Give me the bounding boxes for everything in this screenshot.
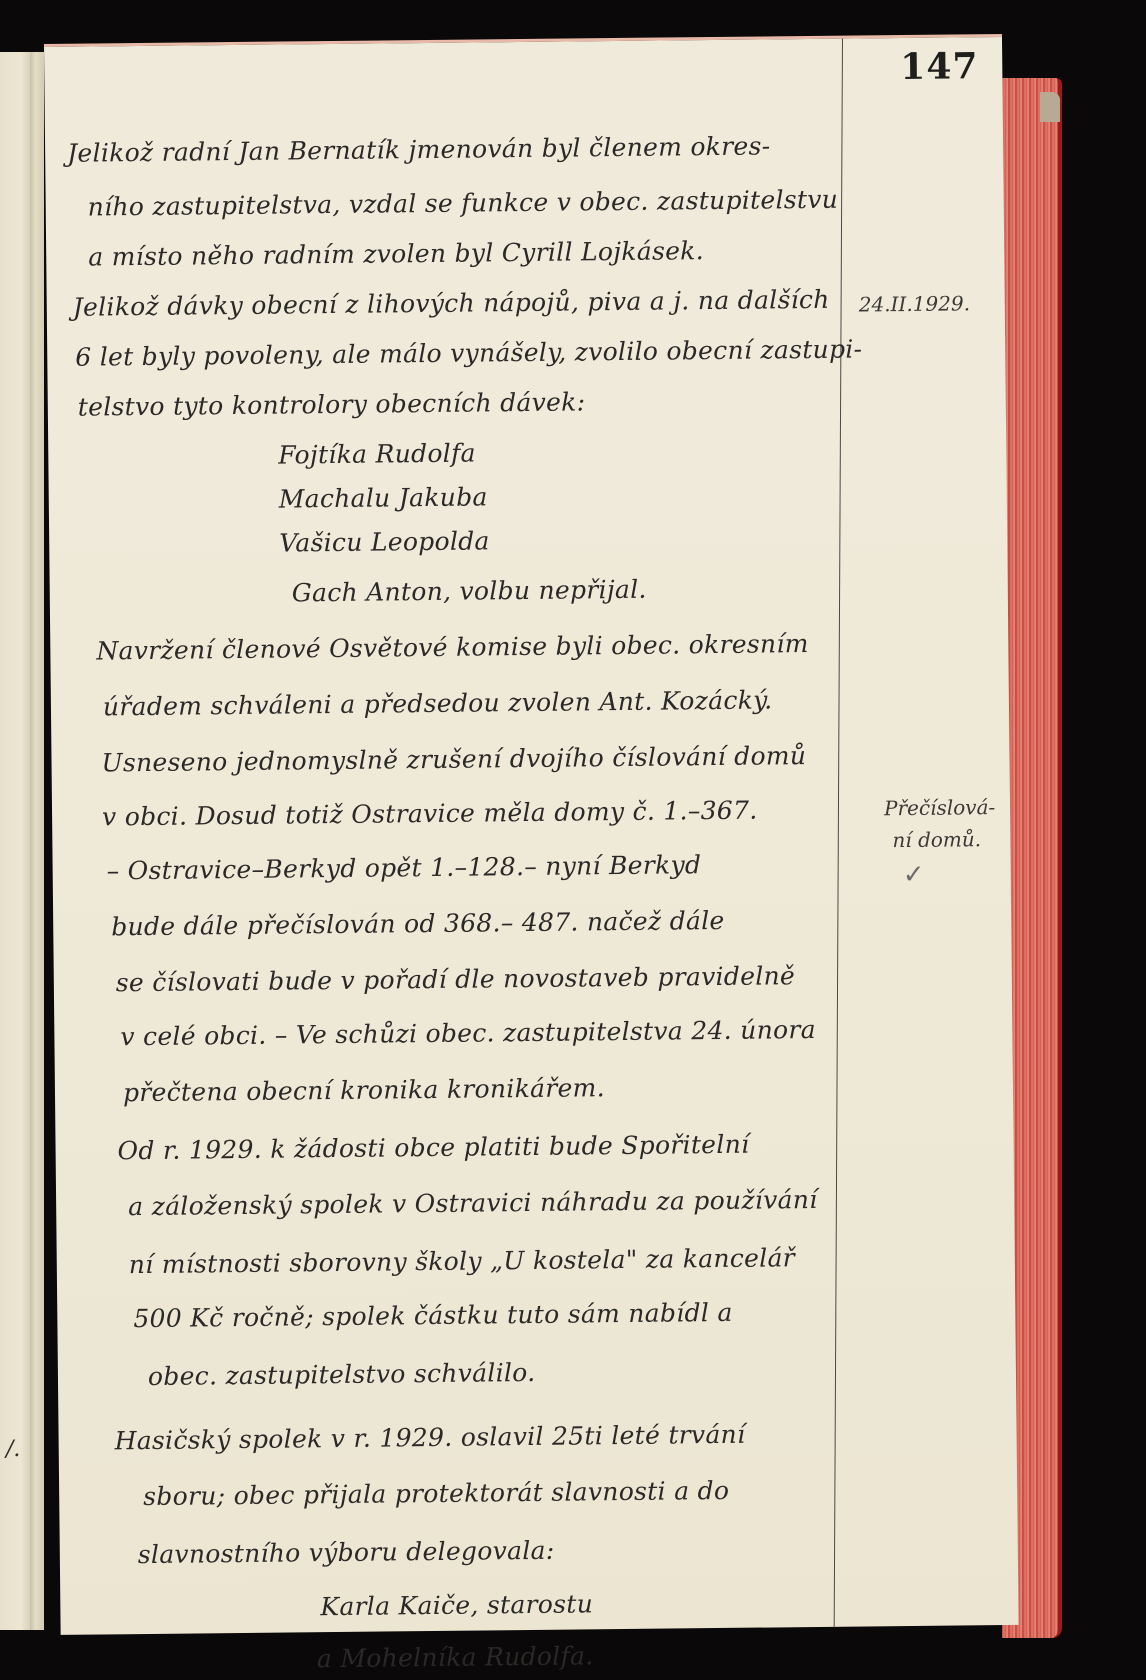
text-line: Jelikož dávky obecní z lihových nápojů, …: [73, 285, 830, 322]
page-corner-stack: [1040, 92, 1060, 122]
text-line: v celé obci. – Ve schůzi obec. zastupite…: [120, 1015, 816, 1051]
text-line: úřadem schváleni a předsedou zvolen Ant.…: [103, 685, 773, 721]
text-line: obec. zastupitelstvo schválilo.: [148, 1358, 536, 1391]
list-item-name: Machalu Jakuba: [279, 482, 488, 513]
text-line: v obci. Dosud totiž Ostravice měla domy …: [102, 796, 758, 832]
text-line: 500 Kč ročně; spolek částku tuto sám nab…: [133, 1298, 733, 1333]
text-line: – Ostravice–Berkyd opět 1.–128.– nyní Be…: [107, 850, 702, 885]
text-line: a záloženský spolek v Ostravici náhradu …: [128, 1185, 818, 1221]
text-line: slavnostního výboru delegovala:: [138, 1536, 555, 1569]
text-line: 6 let byly povoleny, ale málo vynášely, …: [75, 334, 862, 371]
list-item-name: Vašicu Leopolda: [279, 526, 490, 557]
text-line: ního zastupitelstva, vzdal se funkce v o…: [88, 185, 839, 222]
page-number: 147: [900, 45, 979, 88]
text-line: Navržení členové Osvětové komise byli ob…: [96, 629, 809, 665]
book-gutter: [30, 52, 44, 1630]
text-line: a místo něho radním zvolen byl Cyrill Lo…: [88, 236, 704, 271]
text-line: Hasičský spolek v r. 1929. oslavil 25ti …: [114, 1420, 745, 1456]
list-item-name: Fojtíka Rudolfa: [278, 439, 476, 470]
text-line: bude dále přečíslován od 368.– 487. nače…: [111, 906, 725, 941]
list-item-name: Gach Anton, volbu nepřijal.: [292, 575, 647, 608]
delegate-name: Karla Kaiče, starostu: [320, 1589, 593, 1621]
text-line: Usneseno jednomyslně zrušení dvojího čís…: [101, 741, 806, 777]
delegate-name: a Mohelníka Rudolfa.: [317, 1641, 594, 1673]
margin-topic-note: ní domů.: [892, 827, 981, 852]
chronicle-page: 147 Jelikož radní Jan Bernatík jmenován …: [44, 34, 1019, 1635]
facing-page-mark: /.: [6, 1437, 20, 1462]
text-line: Jelikož radní Jan Bernatík jmenován byl …: [67, 131, 771, 167]
page-body: Jelikož radní Jan Bernatík jmenován byl …: [44, 39, 861, 1635]
text-line: sboru; obec přijala protektorát slavnost…: [143, 1476, 729, 1511]
text-line: telstvo tyto kontrolory obecních dávek:: [78, 387, 586, 421]
margin-topic-note: Přečíslová-: [884, 795, 995, 820]
text-line: přečtena obecní kronika kronikářem.: [123, 1073, 605, 1107]
checkmark-icon: ✓: [903, 860, 925, 890]
text-line: ní místnosti sborovny školy „U kostela" …: [129, 1243, 795, 1279]
text-line: Od r. 1929. k žádosti obce platiti bude …: [117, 1130, 749, 1166]
facing-page-edge: /.: [0, 52, 30, 1630]
text-line: se číslovati bude v pořadí dle novostave…: [116, 961, 796, 997]
margin-date-note: 24.II.1929.: [859, 291, 970, 316]
